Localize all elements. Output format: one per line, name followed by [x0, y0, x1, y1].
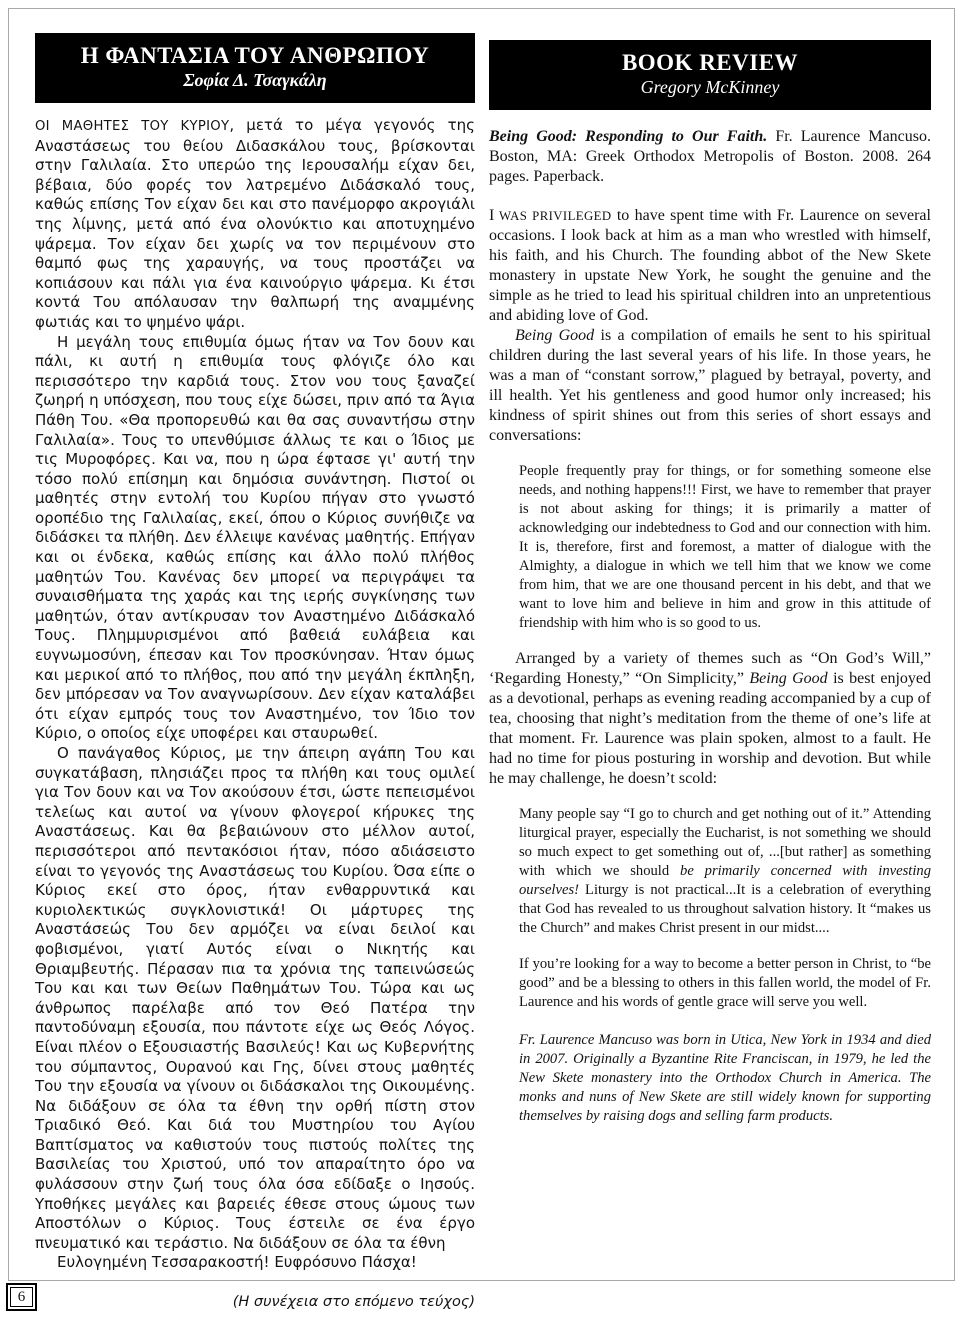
review-paragraph-2-booktitle: Being Good: [515, 327, 594, 344]
book-review-title: BOOK REVIEW: [493, 49, 927, 76]
review-paragraph-1-text: to have spent time with Fr. Laurence on …: [489, 207, 931, 324]
review-paragraph-1-smallcaps: WAS PRIVILEGED: [494, 209, 611, 223]
page-number: 6: [10, 1287, 33, 1307]
book-review-body: Being Good: Responding to Our Faith. Fr.…: [489, 127, 931, 1126]
greek-article-title: Η ΦΑΝΤΑΣΙΑ ΤΟΥ ΑΝΘΡΩΠΟΥ: [39, 42, 471, 69]
continuation-note: (Η συνέχεια στο επόμενο τεύχος): [35, 1293, 475, 1313]
review-paragraph-1: I WAS PRIVILEGED to have spent time with…: [489, 206, 931, 326]
block-quote-1: People frequently pray for things, or fo…: [489, 462, 931, 633]
book-review-column: BOOK REVIEW Gregory McKinney Being Good:…: [489, 40, 931, 1142]
greek-paragraph-1: ΟΙ ΜΑΘΗΤΕΣ ΤΟΥ ΚΥΡΙΟΥ, μετά το μέγα γεγο…: [35, 116, 475, 333]
review-paragraph-3-booktitle: Being Good: [749, 670, 827, 687]
book-review-author: Gregory McKinney: [493, 76, 927, 99]
book-review-header: BOOK REVIEW Gregory McKinney: [489, 40, 931, 110]
book-citation: Being Good: Responding to Our Faith. Fr.…: [489, 127, 931, 187]
review-paragraph-3-post: is best enjoyed as a devotional, perhaps…: [489, 670, 931, 787]
block-quote-2-post: Liturgy is not practical...It is a celeb…: [519, 882, 931, 936]
review-paragraph-4: If you’re looking for a way to become a …: [519, 955, 931, 1012]
greek-article-column: Η ΦΑΝΤΑΣΙΑ ΤΟΥ ΑΝΘΡΩΠΟΥ Σοφία Δ. Τσαγκάλ…: [35, 33, 475, 1313]
review-paragraph-3: Arranged by a variety of themes such as …: [489, 649, 931, 789]
greek-paragraph-2: Η μεγάλη τους επιθυμία όμως ήταν να Τον …: [35, 333, 475, 744]
author-bio: Fr. Laurence Mancuso was born in Utica, …: [519, 1031, 931, 1126]
block-quote-2: Many people say “I go to church and get …: [489, 805, 931, 1126]
review-paragraph-2: Being Good is a compilation of emails he…: [489, 326, 931, 446]
page-number-box: 6: [6, 1283, 37, 1311]
greek-paragraph-3: Ο πανάγαθος Κύριος, με την άπειρη αγάπη …: [35, 744, 475, 1253]
greek-closing-line: Ευλογημένη Τεσσαρακοστή! Ευφρόσυνο Πάσχα…: [35, 1253, 475, 1273]
review-paragraph-2-text: is a compilation of emails he sent to hi…: [489, 327, 931, 444]
greek-paragraph-1-text: , μετά το μέγα γεγονός της Αναστάσεως το…: [35, 116, 475, 331]
greek-article-body: ΟΙ ΜΑΘΗΤΕΣ ΤΟΥ ΚΥΡΙΟΥ, μετά το μέγα γεγο…: [35, 116, 475, 1313]
greek-paragraph-1-lead: ΟΙ ΜΑΘΗΤΕΣ ΤΟΥ ΚΥΡΙΟΥ: [35, 119, 229, 134]
greek-article-header: Η ΦΑΝΤΑΣΙΑ ΤΟΥ ΑΝΘΡΩΠΟΥ Σοφία Δ. Τσαγκάλ…: [35, 33, 475, 103]
greek-article-author: Σοφία Δ. Τσαγκάλη: [39, 69, 471, 92]
book-citation-title: Being Good: Responding to Our Faith.: [489, 128, 767, 145]
